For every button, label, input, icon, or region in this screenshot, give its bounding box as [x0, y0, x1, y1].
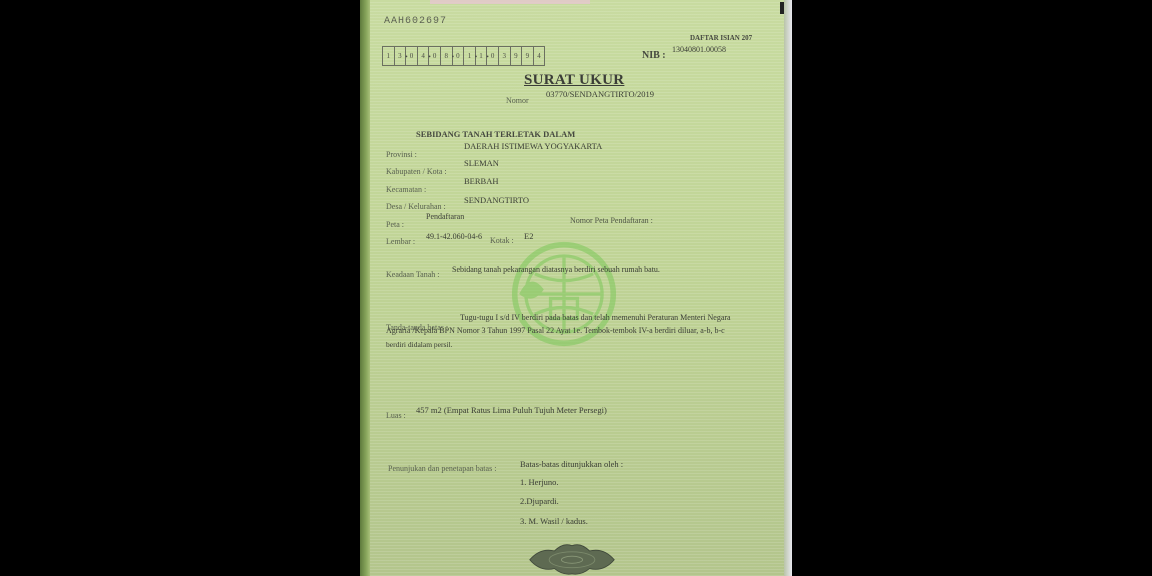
kecamatan-label: Kecamatan :: [386, 185, 426, 194]
kabupaten-label: Kabupaten / Kota :: [386, 167, 447, 176]
luas-label: Luas :: [386, 411, 406, 420]
nomor-peta-label: Nomor Peta Pendaftaran :: [570, 216, 653, 225]
keadaan-label: Keadaan Tanah :: [386, 270, 440, 279]
document-spine: [360, 0, 370, 576]
digit-box: 9: [511, 47, 523, 65]
boxed-parcel-number: 13040801103994: [382, 46, 545, 66]
peta-label: Peta :: [386, 220, 404, 229]
digit-box: 0: [429, 47, 441, 65]
tanda-line2: Agraria /Kepala BPN Nomor 3 Tahun 1997 P…: [386, 326, 725, 335]
desa-label: Desa / Kelurahan :: [386, 202, 446, 211]
serial-number: AAH602697: [384, 16, 447, 27]
person-1: 1. Herjuno.: [520, 477, 558, 487]
lembar-label: Lembar :: [386, 237, 415, 246]
lembar-value: 49.1-42.060-04-6: [426, 232, 482, 241]
provinsi-value: DAERAH ISTIMEWA YOGYAKARTA: [464, 141, 602, 151]
form-code: DAFTAR ISIAN 207: [690, 34, 752, 42]
digit-box: 3: [499, 47, 511, 65]
kabupaten-value: SLEMAN: [464, 158, 499, 168]
binder-clip: [780, 2, 784, 14]
surat-ukur-document: AAH602697 DAFTAR ISIAN 207 1304080110399…: [360, 0, 792, 576]
tanda-line3: berdiri didalam persil.: [386, 340, 452, 349]
section-heading: SEBIDANG TANAH TERLETAK DALAM: [416, 129, 575, 139]
luas-value: 457 m2 (Empat Ratus Lima Puluh Tujuh Met…: [416, 405, 607, 415]
document-title: SURAT UKUR: [524, 72, 624, 89]
digit-box: 0: [406, 47, 418, 65]
digit-box: 9: [522, 47, 534, 65]
nomor-label: Nomor: [506, 96, 529, 105]
penunjukan-label: Penunjukan dan penetapan batas :: [388, 464, 496, 473]
nib-label: NIB :: [642, 50, 666, 61]
tanda-line1: Tugu-tugu I s/d IV berdiri pada batas da…: [460, 313, 731, 322]
digit-box: 0: [453, 47, 465, 65]
peta-value: Pendaftaran: [426, 212, 464, 221]
nib-value: 13040801.00058: [672, 45, 726, 54]
digit-box: 4: [534, 47, 545, 65]
nomor-value: 03770/SENDANGTIRTO/2019: [546, 89, 654, 99]
digit-box: 1: [383, 47, 395, 65]
digit-box: 0: [487, 47, 499, 65]
provinsi-label: Provinsi :: [386, 150, 417, 159]
ornamental-seal-icon: [528, 540, 616, 576]
desa-value: SENDANGTIRTO: [464, 195, 529, 205]
page-edge: [784, 0, 792, 576]
keadaan-value: Sebidang tanah pekarangan diatasnya berd…: [452, 265, 660, 274]
penunjukan-intro: Batas-batas ditunjukkan oleh :: [520, 459, 623, 469]
person-2: 2.Djupardi.: [520, 496, 559, 506]
kecamatan-value: BERBAH: [464, 176, 498, 186]
top-edge-tint: [430, 0, 590, 4]
person-3: 3. M. Wasil / kadus.: [520, 516, 588, 526]
